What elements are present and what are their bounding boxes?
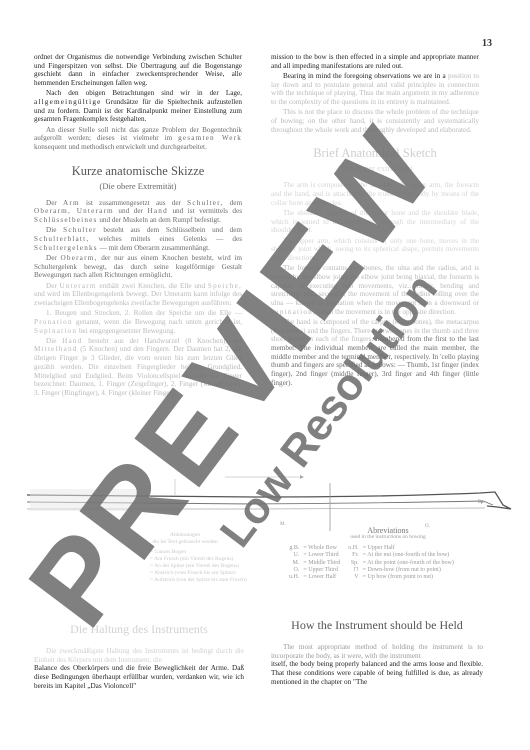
bow-label-wb: W.B.	[305, 475, 315, 476]
left-section-heading: Kurze anatomische Skizze	[34, 164, 242, 179]
holding-dark-text: itself, the body being properly balanced…	[271, 660, 483, 686]
text: und ist vermittels des	[172, 207, 242, 215]
german-abbreviations: Abkürzungen die im Text gebraucht werden…	[30, 532, 260, 584]
emphasis: Arm	[63, 199, 80, 207]
right-anatomy-paragraph-1: The arm is composed of the shoulder, the…	[271, 181, 479, 207]
abbrev-key: o.H.	[342, 545, 360, 552]
abbrev-value: = Lower Third	[301, 552, 342, 559]
right-anatomy-paragraph-4: The forearm contains two bones, the ulna…	[271, 264, 479, 316]
german-abbrev-row: = Aufstrich (von der Spitze bis zum Fros…	[30, 577, 260, 584]
emphasis: Schulter	[63, 226, 97, 234]
emphasis: Supination	[34, 327, 77, 335]
abbrev-key: O.	[287, 567, 301, 574]
text: numbered from the first to the last memb…	[271, 335, 479, 387]
emphasis: Oberarm, Unterarm	[34, 207, 114, 215]
text: 1. Beugen und Strecken, 2. Rollen der Sp…	[46, 309, 242, 317]
left-paragraph-3: An dieser Stelle soll nicht das ganze Pr…	[34, 126, 242, 152]
bow-stick	[27, 475, 511, 531]
left-column-german: ordnet der Organismus die notwendige Ver…	[34, 53, 242, 399]
text: dem	[230, 199, 242, 207]
page-number: 13	[482, 38, 492, 49]
text: Der	[46, 282, 57, 290]
text: genannt, wenn die Bewegung nach unten ge…	[76, 318, 242, 326]
abbreviations-title: Abreviations	[283, 527, 493, 534]
german-abbrev-row: = An der Spitze (ein Viertel des Bogens)	[30, 563, 260, 570]
text: und wird im Ellenbogengelenk bewegt. Der…	[34, 290, 242, 307]
emphasis: supination,	[271, 308, 316, 316]
holding-section-english: How the Instrument should be Held The mo…	[271, 618, 483, 687]
emphasis: Oberarm,	[61, 254, 98, 262]
abbreviations-table: g.B. = Whole Bow o.H. = Upper Half U. = …	[287, 545, 456, 582]
right-intro-paragraph: mission to the bow is then effected in a…	[271, 53, 479, 70]
german-abbrev-title: Abkürzungen	[30, 532, 260, 539]
abbrev-value: = Whole Bow	[301, 545, 342, 552]
left-section-subheading: (Die obere Extremität)	[34, 181, 242, 192]
text: enthält zwei Knochen, die Elle und	[99, 282, 205, 290]
text: Die	[46, 337, 56, 345]
emphasis: Hand	[62, 337, 82, 345]
emphasis: Hand	[148, 207, 168, 215]
left-paragraph-2: Nach den obigen Betrachtungen sind wir i…	[34, 89, 242, 124]
emphasis: allgemeingültige	[34, 98, 102, 106]
left-intro-paragraph: ordnet der Organismus die notwendige Ver…	[34, 53, 242, 88]
text: welches mittels eines Gelenks — des	[98, 235, 242, 243]
text: The forearm contains two bones, the ulna…	[271, 264, 479, 307]
holding-heading-english: How the Instrument should be Held	[271, 618, 483, 633]
right-anatomy-paragraph-3: The upper arm, which consists of only on…	[271, 237, 479, 263]
abbrev-row: M. = Middle Third Sp. = At the point (on…	[287, 560, 456, 567]
abbrev-value: = Lower Half	[301, 574, 342, 581]
holding-faint-text: The most appropriate method of holding t…	[271, 643, 483, 660]
abbrev-key: Sp.	[342, 560, 360, 567]
right-section-subheading: (The upper extremity)	[271, 163, 479, 174]
text: und der Muskeln an dem Rumpf befestigt.	[99, 216, 221, 224]
text: konsequent und methodisch entwickelt und…	[34, 143, 207, 151]
bow-label-sp: Sp.	[478, 500, 485, 505]
abbrev-value: = Middle Third	[301, 560, 342, 567]
emphasis: Schultergelenks	[34, 244, 98, 252]
holding-faint-text: Die zweckmäßigste Haltung des Instrument…	[34, 647, 244, 664]
emphasis: Speiche,	[208, 282, 242, 290]
emphasis: Schulterblatt,	[34, 235, 89, 243]
right-anatomy-paragraph-5: The hand is composed of the carpus (eigh…	[271, 318, 479, 388]
right-section-heading: Brief Anatomical Sketch	[271, 146, 479, 161]
bow-label-uh: u.H.	[260, 475, 269, 476]
text: (5 Knochen) und den Fingern. Der Daumen …	[34, 345, 242, 397]
text: when the movement is in the opposite dir…	[318, 308, 456, 316]
abbreviations-legend: Abreviations used in the instructions on…	[283, 527, 493, 582]
up-bow-icon: V	[342, 574, 360, 581]
anatomy-paragraph-2: Die Schulter besteht aus dem Schlüsselbe…	[34, 226, 242, 252]
abbrev-value: = At the nut (one-fourth of the bow)	[361, 552, 456, 559]
abbrev-key: U.	[287, 552, 301, 559]
abbrev-value: = Up bow (from point to nut)	[361, 574, 456, 581]
emphasis: gesamten Werk	[178, 134, 242, 142]
anatomy-paragraph-1: Der Arm ist zusammengesetzt aus der Schu…	[34, 199, 242, 225]
abbrev-key: M.	[287, 560, 301, 567]
abbrev-key: Fr.	[342, 552, 360, 559]
text: ist zusammengesetzt aus der	[86, 199, 181, 207]
text: und der	[118, 207, 143, 215]
german-abbrev-row: = Abstrich (vom Frosch bis zur Spitze)	[30, 570, 260, 577]
german-abbrev-row: = Ganzer Bogen	[30, 549, 260, 556]
text: bei entgegengesetzter Bewegung.	[79, 327, 175, 335]
text: Die	[46, 226, 56, 234]
text: — mit dem Oberarm zusammenhängt.	[100, 244, 210, 252]
abbrev-key: u.H.	[287, 574, 301, 581]
german-abbrev-row: = Am Frosch (ein Viertel des Bogens)	[30, 556, 260, 563]
anatomy-paragraph-3: Der Oberarm, der nur aus einem Knochen b…	[34, 254, 242, 280]
german-abbrev-subtitle: die im Text gebraucht werden	[30, 539, 260, 546]
emphasis: Pronation	[34, 318, 73, 326]
abbrev-value: = At the point (one-fourth of the bow)	[361, 560, 456, 567]
right-paragraph-3: This is not the place to discuss the who…	[271, 108, 479, 134]
emphasis: Mittelhand	[34, 345, 78, 353]
abbreviations-subtitle: used in the instructions on bowing	[283, 534, 493, 541]
holding-section-german: Die Haltung des Instruments Die zweckmäß…	[34, 622, 244, 691]
down-bow-icon: ⊓	[342, 567, 360, 574]
holding-dark-text: Balance des Oberkörpers und die freie Be…	[34, 664, 244, 690]
text: Nach den obigen Betrachtungen sind wir i…	[46, 89, 242, 97]
holding-heading-german: Die Haltung des Instruments	[34, 622, 244, 637]
right-paragraph-2: Bearing in mind the foregoing observatio…	[271, 72, 479, 107]
emphasis: Unterarm	[60, 282, 97, 290]
text: Bearing in mind the foregoing observatio…	[283, 72, 446, 80]
anatomy-paragraph-5: 1. Beugen und Strecken, 2. Rollen der Sp…	[34, 309, 242, 335]
right-column-english: mission to the bow is then effected in a…	[271, 53, 479, 389]
emphasis: Schulter,	[187, 199, 223, 207]
right-anatomy-paragraph-2: The shoulder consists of the collar bone…	[271, 209, 479, 235]
text: Der	[46, 199, 57, 207]
text: Der	[46, 254, 57, 262]
text: besteht aus der Handwurzel (8 Knochen), …	[88, 337, 242, 345]
anatomy-paragraph-6: Die Hand besteht aus der Handwurzel (8 K…	[34, 337, 242, 398]
text: besteht aus dem Schlüsselbein und dem	[103, 226, 242, 234]
abbrev-row: u.H. = Lower Half V = Up bow (from point…	[287, 574, 456, 581]
abbrev-key: g.B.	[287, 545, 301, 552]
anatomy-paragraph-4: Der Unterarm enthält zwei Knochen, die E…	[34, 282, 242, 308]
abbrev-row: U. = Lower Third Fr. = At the nut (one-f…	[287, 552, 456, 559]
emphasis: Schlüsselbeines	[34, 216, 98, 224]
